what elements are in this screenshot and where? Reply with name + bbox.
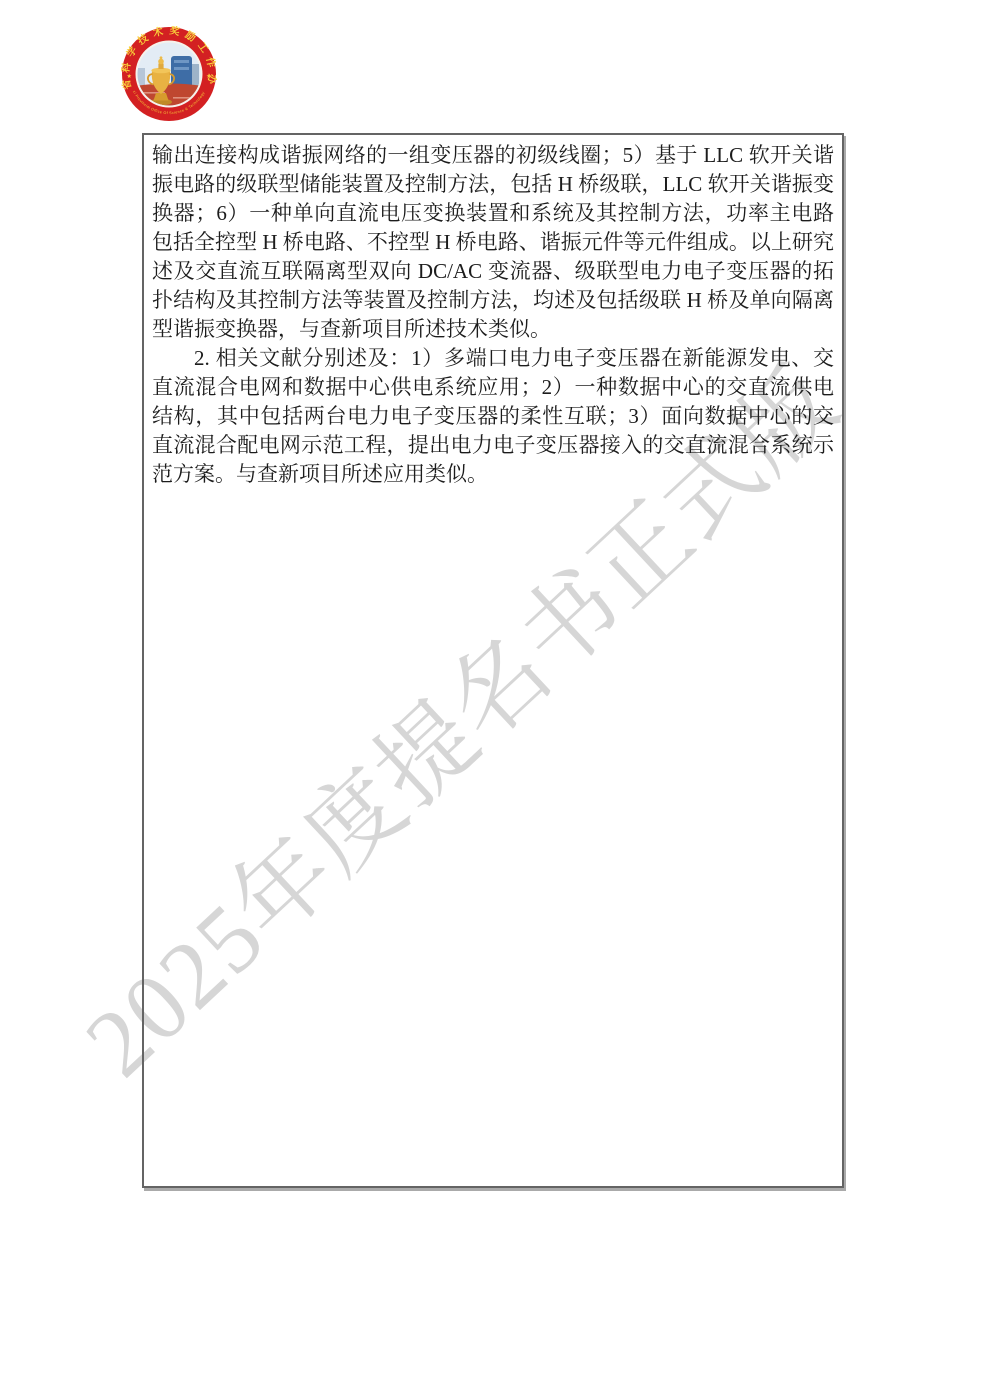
seal-star-right-icon: ★ (206, 73, 211, 80)
seal-star-left-icon: ★ (127, 73, 132, 80)
paragraph-continuation: 输出连接构成谐振网络的一组变压器的初级线圈；5）基于 LLC 软开关谐振电路的级… (152, 141, 834, 344)
document-page: 2025年度提名书正式版 (0, 0, 990, 1400)
content-cell: 输出连接构成谐振网络的一组变压器的初级线圈；5）基于 LLC 软开关谐振电路的级… (142, 133, 844, 1188)
building-window-band (174, 67, 189, 70)
building-window-band (174, 60, 189, 63)
paragraph-related-literature: 2. 相关文献分别述及：1）多端口电力电子变压器在新能源发电、交直流混合电网和数… (152, 344, 834, 489)
org-seal: 陕西省科学技术奖励工作办公室 Shaanxi Provincial Office… (121, 26, 217, 122)
seal-graphic: 陕西省科学技术奖励工作办公室 Shaanxi Provincial Office… (121, 26, 217, 122)
